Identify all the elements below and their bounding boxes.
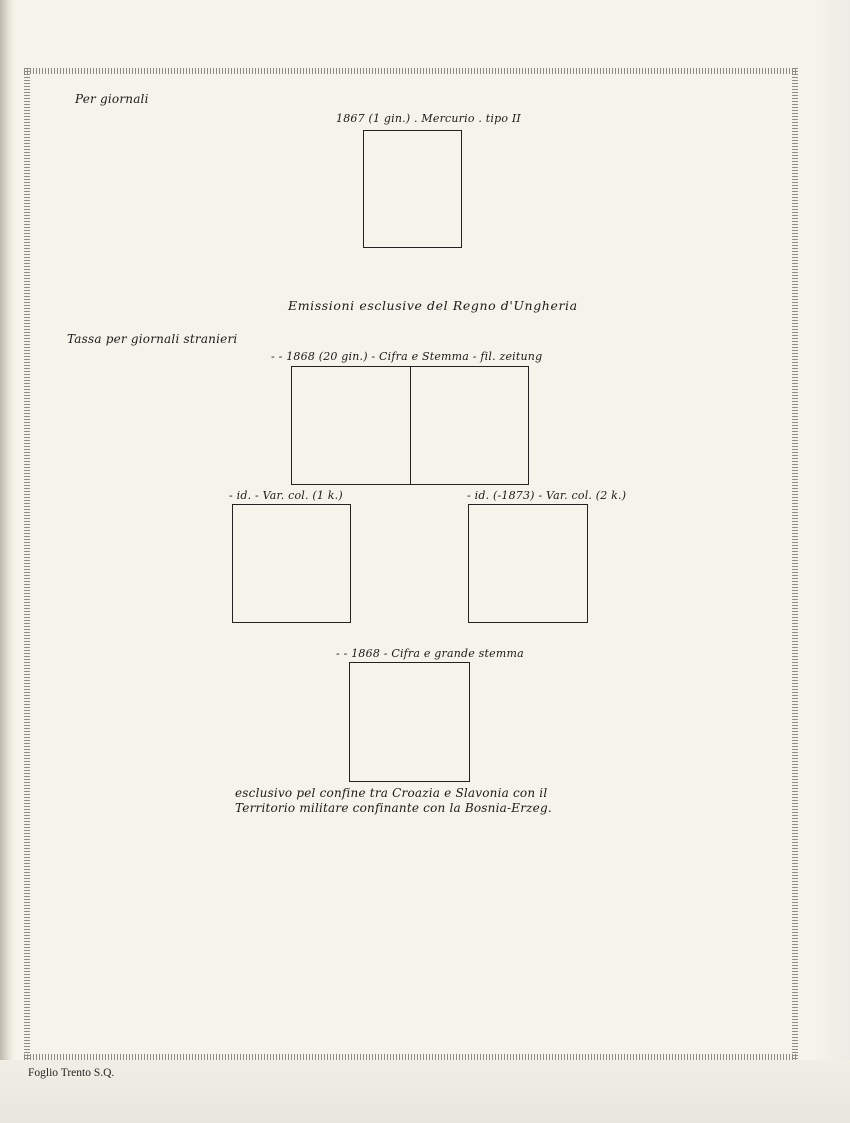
stamp-caption-var-col-2k: - id. (-1873) - Var. col. (2 k.)	[467, 489, 626, 502]
frame-border-top	[24, 68, 798, 74]
stamp-caption-1867: 1867 (1 gin.) . Mercurio . tipo II	[336, 112, 521, 125]
page-footer-label: Foglio Trento S.Q.	[28, 1067, 114, 1079]
frame-border-left	[24, 68, 30, 1060]
stamp-slot-1868-grande-stemma	[349, 662, 470, 782]
stamp-slot-var-col-1k	[232, 504, 351, 623]
section-subheading-foreign-newspapers: Tassa per giornali stranieri	[67, 332, 237, 346]
stamp-slot-var-col-2k	[468, 504, 588, 623]
section-heading-newspapers: Per giornali	[75, 92, 149, 106]
frame-border-bottom	[24, 1054, 798, 1060]
stamp-slot-pair-1868	[291, 366, 529, 485]
frame-border-right	[792, 68, 798, 1060]
section-title-hungary: Emissioni esclusive del Regno d'Ungheria	[288, 298, 578, 313]
stamp-caption-1868-grande-stemma: - - 1868 - Cifra e grande stemma	[336, 647, 524, 660]
note-line-2: Territorio militare confinante con la Bo…	[235, 801, 552, 815]
page-edge-right	[820, 0, 850, 1123]
stamp-pair-divider	[410, 367, 411, 484]
stamp-caption-1868-pair: - - 1868 (20 gin.) - Cifra e Stemma - fi…	[271, 350, 542, 363]
stamp-slot-1867-mercurio	[363, 130, 462, 248]
note-line-1: esclusivo pel confine tra Croazia e Slav…	[235, 786, 547, 800]
stamp-caption-var-col-1k: - id. - Var. col. (1 k.)	[229, 489, 343, 502]
page-edge-shadow	[0, 0, 14, 1123]
page-bottom-margin	[0, 1060, 850, 1123]
